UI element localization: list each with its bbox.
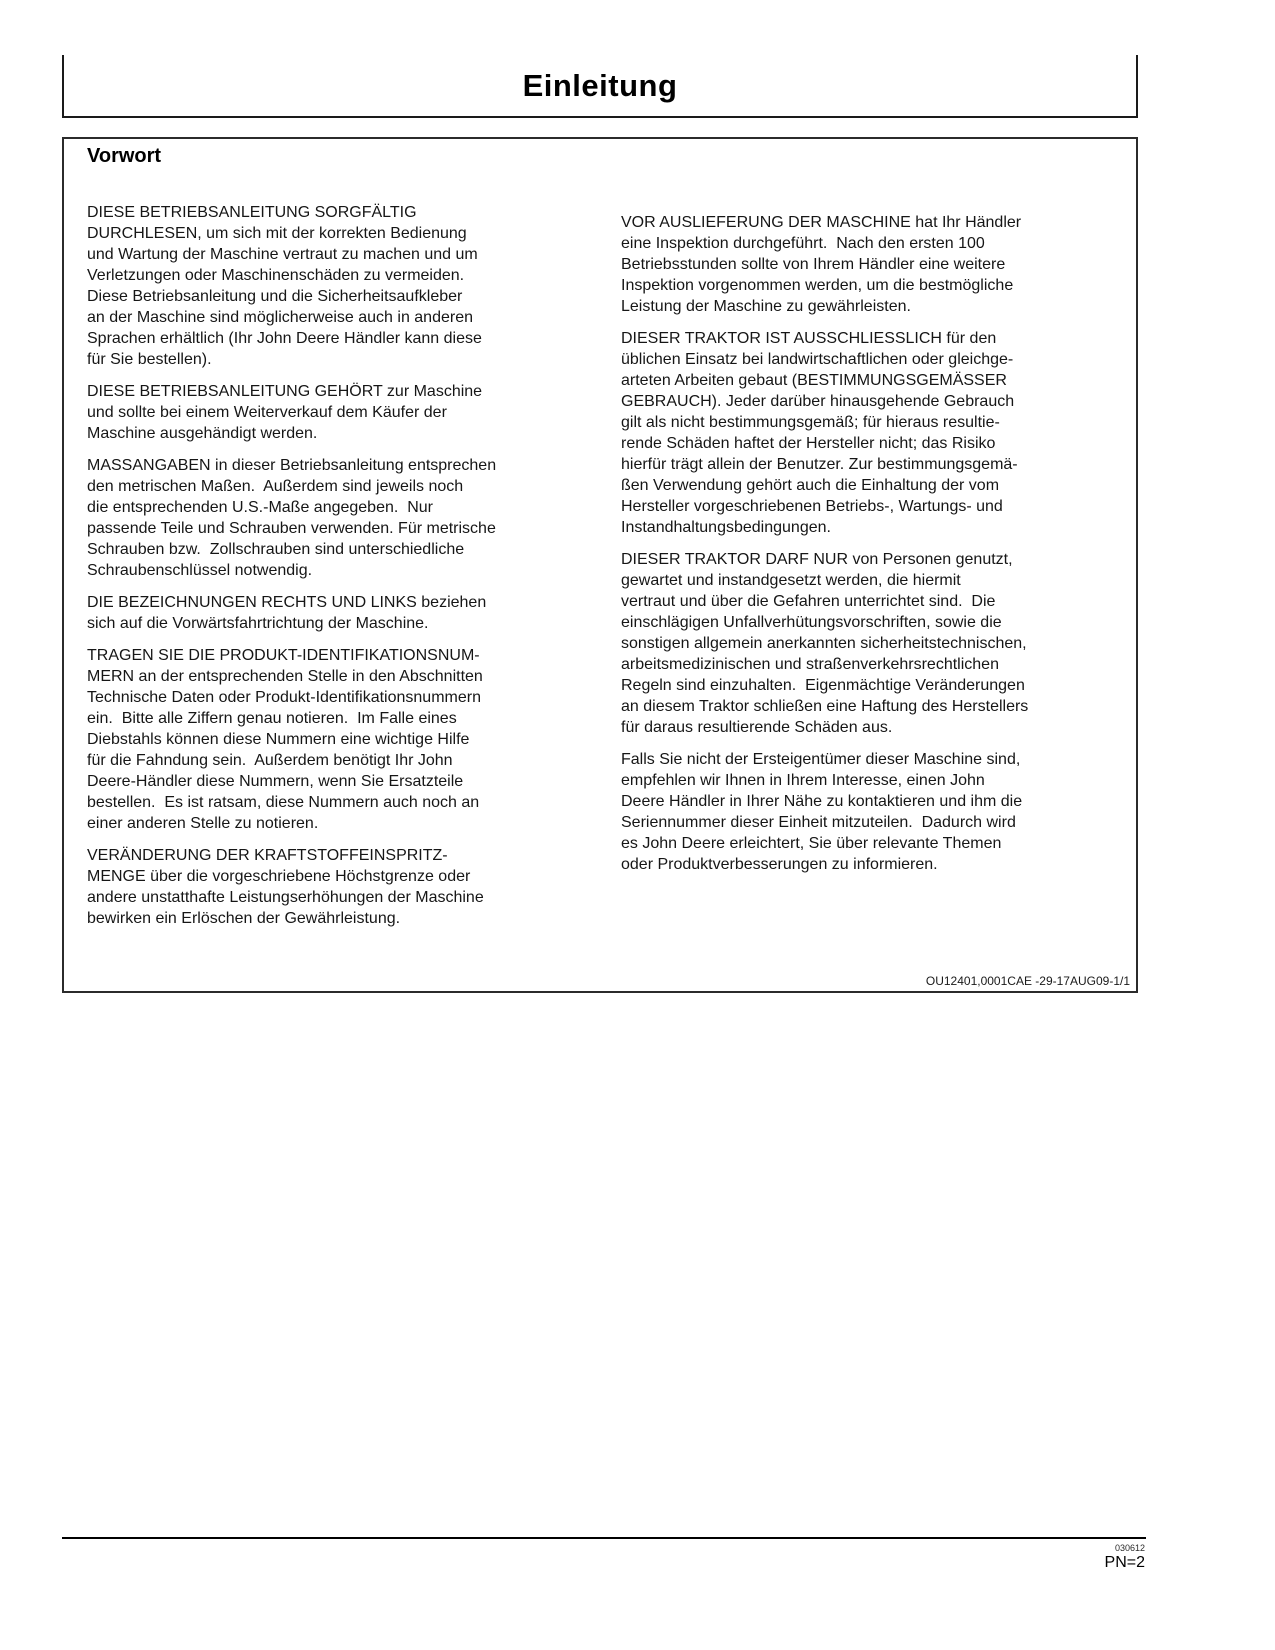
right-column: VOR AUSLIEFERUNG DER MASCHINE hat Ihr Hä… [621,212,1126,886]
paragraph: DIESE BETRIEBSANLEITUNG SORGFÄLTIG DURCH… [87,202,612,370]
page-title: Einleitung [523,68,678,104]
paragraph: TRAGEN SIE DIE PRODUKT-IDENTIFIKATIONSNU… [87,645,612,834]
paragraph: DIESER TRAKTOR IST AUSSCHLIESSLICH für d… [621,328,1126,538]
paragraph: DIESER TRAKTOR DARF NUR von Personen gen… [621,549,1126,738]
paragraph: DIESE BETRIEBSANLEITUNG GEHÖRT zur Masch… [87,381,612,444]
footer-revision-code: 030612 [1115,1543,1145,1553]
paragraph: MASSANGABEN in dieser Betriebsanleitung … [87,455,612,581]
paragraph: Falls Sie nicht der Ersteigentümer diese… [621,749,1126,875]
left-column: DIESE BETRIEBSANLEITUNG SORGFÄLTIG DURCH… [87,202,612,940]
paragraph: VERÄNDERUNG DER KRAFTSTOFFEINSPRITZ- MEN… [87,845,612,929]
section-heading: Vorwort [87,145,161,168]
page-header: Einleitung [62,55,1138,118]
manual-page: Einleitung Vorwort DIESE BETRIEBSANLEITU… [0,0,1275,1650]
vorwort-section: Vorwort DIESE BETRIEBSANLEITUNG SORGFÄLT… [62,137,1138,993]
paragraph: VOR AUSLIEFERUNG DER MASCHINE hat Ihr Hä… [621,212,1126,317]
footer-page-number: PN=2 [1105,1554,1145,1572]
paragraph: DIE BEZEICHNUNGEN RECHTS UND LINKS bezie… [87,592,612,634]
footer-divider [62,1537,1146,1539]
document-code: OU12401,0001CAE -29-17AUG09-1/1 [926,974,1130,988]
